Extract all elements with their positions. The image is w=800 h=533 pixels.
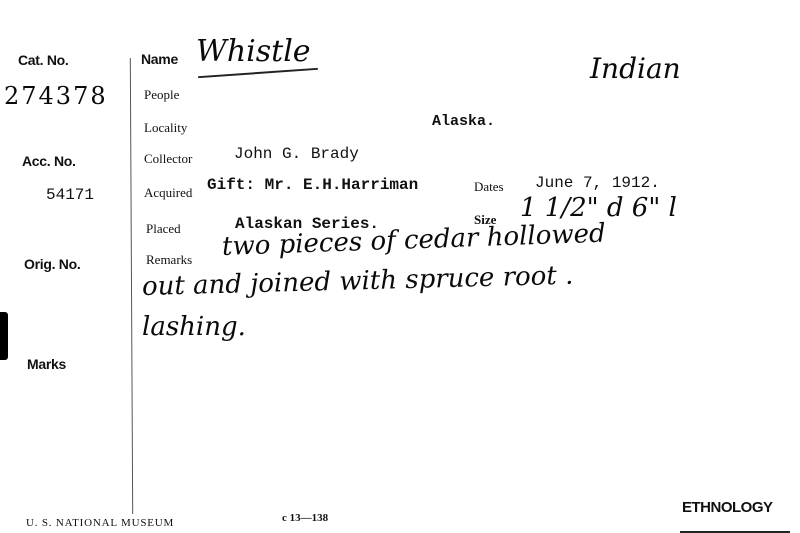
locality-label: Locality <box>144 120 187 136</box>
cat-no-value: 274378 <box>4 82 108 110</box>
collector-label: Collector <box>144 151 192 167</box>
cat-no-label: Cat. No. <box>18 52 69 68</box>
orig-no-label: Orig. No. <box>24 256 80 272</box>
people-label: People <box>144 87 179 103</box>
remarks-line-2: out and joined with spruce root . <box>142 261 574 302</box>
collector-value: John G. Brady <box>234 145 359 163</box>
dates-label: Dates <box>474 179 504 195</box>
column-divider <box>130 58 133 514</box>
people-value: Indian <box>590 52 681 85</box>
edge-ink-mark <box>0 312 8 360</box>
institution-name: U. S. NATIONAL MUSEUM <box>26 517 174 529</box>
locality-value: Alaska. <box>432 113 495 130</box>
remarks-line-3: lashing. <box>142 312 246 342</box>
catalog-card: Cat. No. 274378 Acc. No. 54171 Orig. No.… <box>0 0 800 533</box>
acc-no-value: 54171 <box>46 186 94 204</box>
department-label: ETHNOLOGY <box>682 499 773 516</box>
remarks-label: Remarks <box>146 252 192 268</box>
name-value: Whistle <box>196 34 311 69</box>
name-underline <box>198 68 318 78</box>
acquired-value: Gift: Mr. E.H.Harriman <box>207 176 418 194</box>
dates-value: June 7, 1912. <box>535 174 660 192</box>
acc-no-label: Acc. No. <box>22 153 76 169</box>
acquired-label: Acquired <box>144 185 192 201</box>
name-label: Name <box>141 51 178 67</box>
form-code: c 13—138 <box>282 512 328 524</box>
marks-label: Marks <box>27 356 66 372</box>
placed-label: Placed <box>146 221 181 237</box>
